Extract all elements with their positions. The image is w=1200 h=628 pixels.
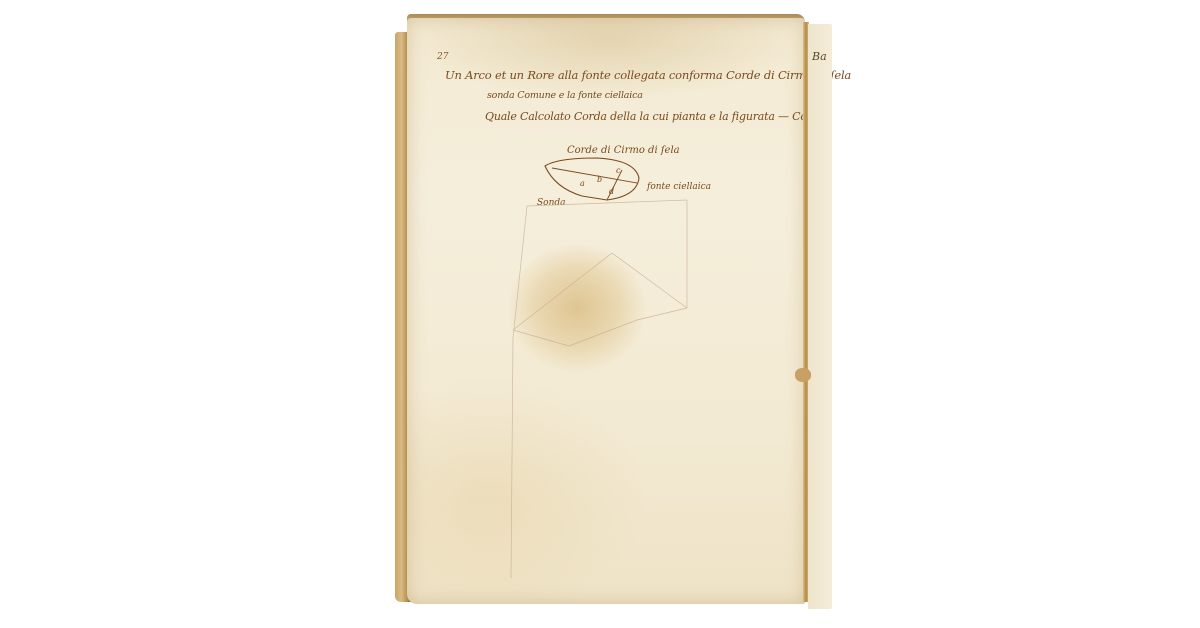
manuscript-page: 27 Un Arco et un Rore alla fonte collega… <box>407 18 805 604</box>
ink-stain <box>795 368 811 382</box>
manuscript-scan: 27 Un Arco et un Rore alla fonte collega… <box>395 12 835 612</box>
facing-page-text: Ba <box>812 50 827 63</box>
facing-page-edge <box>808 24 832 609</box>
diagram-letter-a: a <box>580 179 585 188</box>
diagram-letter-b: b <box>597 175 602 184</box>
geometric-diagram: a b c d <box>407 18 805 604</box>
diagram-letter-c: c <box>616 166 621 175</box>
diagram-letter-d: d <box>609 187 614 196</box>
